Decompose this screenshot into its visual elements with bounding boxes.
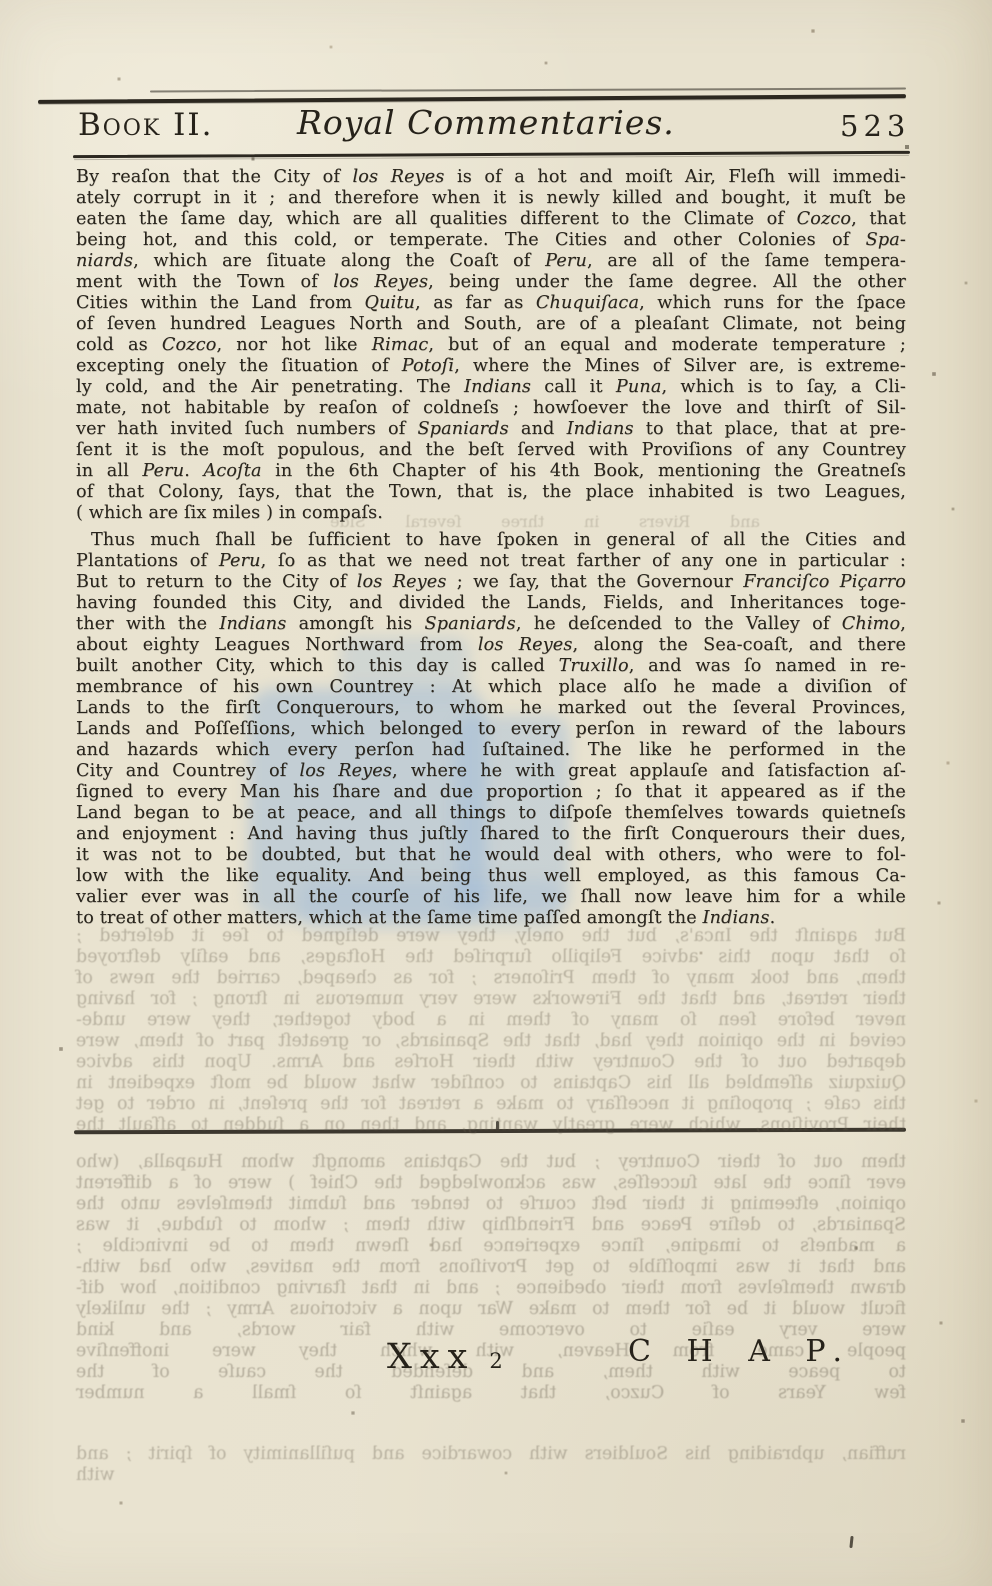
text-segment: , which runs for the ſpace: [639, 293, 906, 313]
text-segment: with: [76, 1465, 115, 1485]
italic-text-segment: Indians: [464, 377, 531, 397]
text-line: Thus much ſhall be ſufficient to have ſp…: [76, 530, 906, 551]
text-segment: drawn themſelves from their obedience ; …: [76, 1278, 906, 1298]
book-label: Book II.: [78, 107, 214, 143]
text-segment: Plantations of: [76, 551, 219, 571]
italic-text-segment: los Reyes: [357, 572, 447, 592]
text-segment: ment with the Town of: [76, 272, 333, 292]
text-line: Quizquiz aſſembled all his Captains to c…: [76, 1073, 906, 1094]
text-segment: .: [184, 461, 203, 481]
text-line: this caſe ; propoſing it neceſſary to ma…: [76, 1094, 906, 1115]
text-line: membrance of his own Countrey : At which…: [76, 677, 906, 698]
italic-text-segment: Cozco: [162, 335, 217, 355]
text-line: ( which are ſix miles ) in compaſs.: [76, 503, 906, 524]
text-line: ately corrupt in it ; and therefore when…: [76, 188, 906, 209]
catchword: C H A P.: [628, 1334, 855, 1369]
text-line: drawn themſelves from their obedience ; …: [76, 1278, 906, 1299]
text-segment: a madneſs to imagine, ſince experience h…: [76, 1236, 906, 1256]
text-segment: of that Colony, ſays, that the Town, tha…: [76, 482, 906, 502]
text-segment: ver hath invited ſuch numbers of: [76, 419, 418, 439]
text-segment: in the 6th Chapter of his 4th Book, ment…: [262, 461, 906, 481]
text-segment: to treat of other matters, which at the …: [76, 908, 703, 928]
text-line: ſigned to every Man his ſhare and due pr…: [76, 782, 906, 803]
text-segment: their Proviſions, which were greatly wan…: [76, 1115, 906, 1135]
italic-text-segment: Indians: [567, 419, 634, 439]
top-rule-thin: [150, 88, 906, 93]
page-number: 523: [840, 109, 910, 143]
text-segment: cold as: [76, 335, 162, 355]
signature-number: 2: [489, 1349, 502, 1373]
text-segment: , where he with great applauſe and ſatis…: [392, 761, 906, 781]
text-segment: to that place, that at pre-: [634, 419, 906, 439]
text-segment: ceived in the opinion they had, that the…: [76, 1031, 906, 1051]
running-title: Royal Commentaries.: [297, 103, 675, 142]
text-line: their retreat, and that the Fireworks we…: [76, 989, 906, 1010]
book-numeral: II.: [161, 107, 213, 143]
text-line: Spaniards, to deſire Peace and Friendſhi…: [76, 1215, 906, 1236]
text-line: eaten the ſame day, which are all qualit…: [76, 209, 906, 230]
text-segment: them out of their Countrey ; but the Cap…: [76, 1152, 906, 1172]
text-segment: , which is to ſay, a Cli-: [661, 377, 906, 397]
text-line: excepting onely the ſituation of Potoſi,…: [76, 356, 906, 377]
text-segment: Cities within the Land from: [76, 293, 365, 313]
text-segment: , and was ſo named in re-: [629, 656, 906, 676]
italic-text-segment: Chuquiſaca: [536, 293, 639, 313]
text-line: opinion, eſteeming it their beſt courſe …: [76, 1194, 906, 1215]
text-line: never before ſeen ſo many of them in a b…: [76, 1010, 906, 1031]
italic-text-segment: Franciſco Piçarro: [743, 572, 906, 592]
text-line: ceived in the opinion they had, that the…: [76, 1031, 906, 1052]
italic-text-segment: Puna: [616, 377, 662, 397]
text-segment: , where the Mines of Silver are, is extr…: [454, 356, 906, 376]
text-segment: and that it was impoſſible to get Proviſ…: [76, 1257, 906, 1277]
text-segment: , which are ſituate along the Coaſt of: [133, 251, 545, 271]
text-line: Cities within the Land from Quitu, as fa…: [76, 293, 906, 314]
text-segment: excepting onely the ſituation of: [76, 356, 402, 376]
text-line: ſent it is the moſt populous, and the be…: [76, 440, 906, 461]
text-segment: .: [770, 908, 776, 928]
text-segment: Thus much ſhall be ſufficient to have ſp…: [91, 530, 906, 550]
text-segment: Spaniards, to deſire Peace and Friendſhi…: [76, 1215, 906, 1235]
text-segment: this caſe ; propoſing it neceſſary to ma…: [76, 1094, 906, 1114]
italic-text-segment: Spa-: [866, 230, 906, 250]
text-segment: City and Countrey of: [76, 761, 300, 781]
text-segment: But to return to the City of: [76, 572, 357, 592]
text-segment: ſent it is the moſt populous, and the be…: [76, 440, 906, 460]
bleedthrough-block-bottom: ruffian, upbraiding his Souldiers with c…: [76, 1444, 906, 1486]
italic-text-segment: Spaniards: [418, 419, 509, 439]
text-segment: being hot, and this cold, or temperate. …: [76, 230, 866, 250]
text-segment: , nor hot like: [216, 335, 371, 355]
text-line: niards, which are ſituate along the Coaſ…: [76, 251, 906, 272]
text-line: ſo that upon this advice Felipillo ſurpr…: [76, 947, 906, 968]
text-segment: membrance of his own Countrey : At which…: [76, 677, 906, 697]
text-line: departed out of the Countrey with their …: [76, 1052, 906, 1073]
text-line: in all Peru. Acoſta in the 6th Chapter o…: [76, 461, 906, 482]
text-line: their Proviſions, which were greatly wan…: [76, 1115, 906, 1136]
text-segment: call it: [531, 377, 616, 397]
text-line: being hot, and this cold, or temperate. …: [76, 230, 906, 251]
text-segment: built another City, which to this day is…: [76, 656, 559, 676]
text-segment: about eighty Leagues Northward from: [76, 635, 478, 655]
text-line: mate, not habitable by reaſon of coldneſ…: [76, 398, 906, 419]
italic-text-segment: Cozco: [797, 209, 852, 229]
text-segment: and enjoyment : And having thus juſtly ſ…: [76, 824, 906, 844]
text-segment: By reaſon that the City of: [76, 167, 353, 187]
text-segment: ly cold, and the Air penetrating. The: [76, 377, 464, 397]
text-segment: and: [509, 419, 567, 439]
italic-text-segment: los Reyes: [300, 761, 393, 781]
text-segment: their retreat, and that the Fireworks we…: [76, 989, 906, 1009]
text-segment: of ſeven hundred Leagues North and South…: [76, 314, 906, 334]
text-line: them, and took many of them Priſoners ; …: [76, 968, 906, 989]
italic-text-segment: Chimo: [842, 614, 900, 634]
text-segment: , being under the ſame degree. All the o…: [428, 272, 906, 292]
italic-text-segment: Quitu: [365, 293, 416, 313]
text-segment: , that: [851, 209, 906, 229]
signature-mark: Xxx2: [387, 1337, 503, 1377]
paper-specks: [0, 0, 2, 2]
text-segment: , along the Sea-coaſt, and there: [573, 635, 906, 655]
text-segment: never before ſeen ſo many of them in a b…: [76, 1010, 906, 1030]
text-segment: But againſt the Inca's, but the onely, t…: [76, 926, 906, 946]
bleedthrough-block-upper: But againſt the Inca's, but the onely, t…: [76, 926, 906, 1136]
text-segment: having founded this City, and divided th…: [76, 593, 906, 613]
text-line: of that Colony, ſays, that the Town, tha…: [76, 482, 906, 503]
text-segment: , but of an equal and moderate temperatu…: [428, 335, 906, 355]
text-segment: , are all of the ſame tempera-: [587, 251, 906, 271]
text-segment: is of a hot and moiſt Air, Fleſh will im…: [444, 167, 906, 187]
text-segment: departed out of the Countrey with their …: [76, 1052, 906, 1072]
text-line: to treat of other matters, which at the …: [76, 908, 906, 929]
text-line: and hazards which every perſon had ſuſta…: [76, 740, 906, 761]
text-line: ficult would it be for them to make War …: [76, 1299, 906, 1320]
text-segment: ficult would it be for them to make War …: [76, 1299, 906, 1319]
text-line: Lands and Poſſeſſions, which belonged to…: [76, 719, 906, 740]
text-segment: in all: [76, 461, 142, 481]
text-segment: ever ſince the late ſucceſſes, was ackno…: [76, 1173, 906, 1193]
text-line: and that it was impoſſible to get Proviſ…: [76, 1257, 906, 1278]
text-line: ver hath invited ſuch numbers of Spaniar…: [76, 419, 906, 440]
text-line: Land began to be at peace, and all thing…: [76, 803, 906, 824]
text-segment: ſigned to every Man his ſhare and due pr…: [76, 782, 906, 802]
text-line: But againſt the Inca's, but the onely, t…: [76, 926, 906, 947]
text-segment: Lands and Poſſeſſions, which belonged to…: [76, 719, 906, 739]
paragraph-1: By reaſon that the City of los Reyes is …: [76, 167, 906, 524]
italic-text-segment: Indians: [703, 908, 770, 928]
text-line: a madneſs to imagine, ſince experience h…: [76, 1236, 906, 1257]
italic-text-segment: Truxillo: [559, 656, 629, 676]
paragraph-2: Thus much ſhall be ſufficient to have ſp…: [76, 530, 906, 929]
text-segment: Lands to the firſt Conquerours, to whom …: [76, 698, 906, 718]
text-segment: Land began to be at peace, and all thing…: [76, 803, 906, 823]
text-segment: , ſo as that we need not treat farther o…: [261, 551, 906, 571]
text-segment: eaten the ſame day, which are all qualit…: [76, 209, 797, 229]
text-line: valier ever was in all the courſe of his…: [76, 887, 906, 908]
text-line: few Years of Cuzco, that againſt ſo ſmal…: [76, 1383, 906, 1404]
text-line: having founded this City, and divided th…: [76, 593, 906, 614]
text-line: and enjoyment : And having thus juſtly ſ…: [76, 824, 906, 845]
text-line: ly cold, and the Air penetrating. The In…: [76, 377, 906, 398]
italic-text-segment: Spaniards: [425, 614, 516, 634]
text-line: Plantations of Peru, ſo as that we need …: [76, 551, 906, 572]
text-segment: Quizquiz aſſembled all his Captains to c…: [76, 1073, 906, 1093]
italic-text-segment: los Reyes: [478, 635, 573, 655]
italic-text-segment: Peru: [219, 551, 261, 571]
text-segment: amongſt his: [286, 614, 424, 634]
text-segment: mate, not habitable by reaſon of coldneſ…: [76, 398, 906, 418]
text-segment: ; we ſay, that the Governour: [447, 572, 744, 592]
text-segment: ther with the: [76, 614, 219, 634]
text-segment: , as far as: [415, 293, 536, 313]
text-segment: ſo that upon this advice Felipillo ſurpr…: [76, 947, 906, 967]
text-segment: low with the like equality. And being th…: [76, 866, 906, 886]
text-line: But to return to the City of los Reyes ;…: [76, 572, 906, 593]
text-line: ever ſince the late ſucceſſes, was ackno…: [76, 1173, 906, 1194]
text-segment: it was not to be doubted, but that he wo…: [76, 845, 906, 865]
text-line: it was not to be doubted, but that he wo…: [76, 845, 906, 866]
body-text: By reaſon that the City of los Reyes is …: [76, 167, 906, 929]
text-line: ruffian, upbraiding his Souldiers with c…: [76, 1444, 906, 1465]
signature-letters: Xxx: [387, 1337, 475, 1377]
text-line: Lands to the firſt Conquerours, to whom …: [76, 698, 906, 719]
text-segment: ( which are ſix miles ) in compaſs.: [76, 503, 383, 523]
italic-text-segment: Peru: [142, 461, 184, 481]
text-line: with: [76, 1465, 906, 1486]
italic-text-segment: niards: [76, 251, 133, 271]
italic-text-segment: Rimac: [372, 335, 429, 355]
text-line: ment with the Town of los Reyes, being u…: [76, 272, 906, 293]
text-line: of ſeven hundred Leagues North and South…: [76, 314, 906, 335]
italic-text-segment: los Reyes: [353, 167, 445, 187]
book-page-scan: Book II. Royal Commentaries. 523 By reaſ…: [0, 0, 992, 1586]
text-segment: valier ever was in all the courſe of his…: [76, 887, 906, 907]
text-segment: ruffian, upbraiding his Souldiers with c…: [76, 1444, 906, 1464]
italic-text-segment: Indians: [219, 614, 286, 634]
text-segment: and hazards which every perſon had ſuſta…: [76, 740, 906, 760]
text-line: ther with the Indians amongſt his Spania…: [76, 614, 906, 635]
italic-text-segment: los Reyes: [333, 272, 428, 292]
text-segment: opinion, eſteeming it their beſt courſe …: [76, 1194, 906, 1214]
ink-mark: [849, 1536, 853, 1548]
text-line: low with the like equality. And being th…: [76, 866, 906, 887]
text-line: cold as Cozco, nor hot like Rimac, but o…: [76, 335, 906, 356]
text-segment: them, and took many of them Priſoners ; …: [76, 968, 906, 988]
text-line: City and Countrey of los Reyes, where he…: [76, 761, 906, 782]
text-line: built another City, which to this day is…: [76, 656, 906, 677]
italic-text-segment: Potoſi: [402, 356, 454, 376]
text-segment: few Years of Cuzco, that againſt ſo ſmal…: [76, 1383, 906, 1403]
book-word: Book: [78, 107, 161, 143]
text-segment: , he deſcended to the Valley of: [516, 614, 842, 634]
text-line: By reaſon that the City of los Reyes is …: [76, 167, 906, 188]
italic-text-segment: Acoſta: [203, 461, 261, 481]
text-line: about eighty Leagues Northward from los …: [76, 635, 906, 656]
text-line: them out of their Countrey ; but the Cap…: [76, 1152, 906, 1173]
text-segment: ,: [900, 614, 906, 634]
italic-text-segment: Peru: [545, 251, 587, 271]
text-segment: ately corrupt in it ; and therefore when…: [76, 188, 906, 208]
running-header: Book II. Royal Commentaries. 523: [0, 103, 992, 155]
